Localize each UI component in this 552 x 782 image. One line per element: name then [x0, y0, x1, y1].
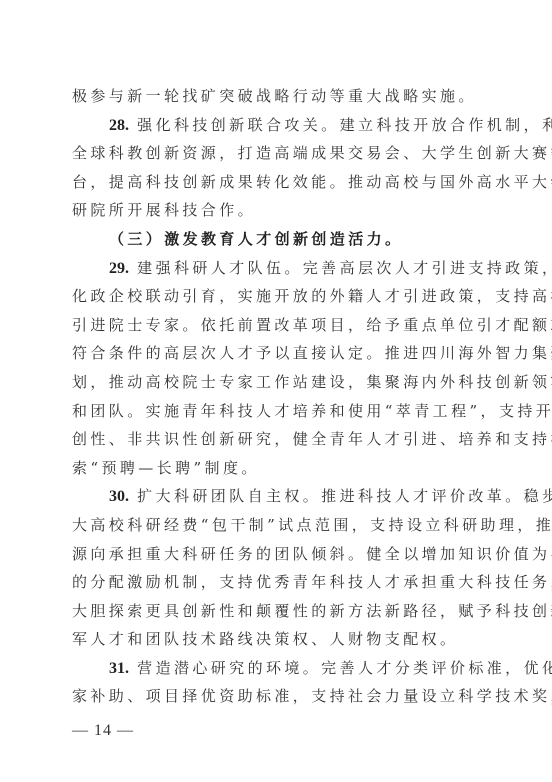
text-line: 极参与新一轮找矿突破战略行动等重大战略实施。: [72, 82, 480, 111]
text-line: 家补助、项目择优资助标准，支持社会力量设立科学技术奖，建立: [72, 682, 480, 711]
text-line: 创性、非共识性创新研究，健全青年人才引进、培养和支持机制，探: [72, 425, 480, 454]
text-line: 大高校科研经费“包干制”试点范围，支持设立科研助理，推动资: [72, 511, 480, 540]
text-line: 的分配激励机制，支持优秀青年科技人才承担重大科技任务，鼓励: [72, 568, 480, 597]
text-line: 和团队。实施青年科技人才培养和使用“萃青工程”，支持开展原: [72, 397, 480, 426]
text-line: 化政企校联动引育，实施开放的外籍人才引进政策，支持高校柔性: [72, 282, 480, 311]
text-line: 台，提高科技创新成果转化效能。推动高校与国外高水平大学、科: [72, 168, 480, 197]
paragraph-28-start: 28. 强化科技创新联合攻关。建立科技开放合作机制，利用: [72, 111, 480, 140]
text-line: 全球科教创新资源，打造高端成果交易会、大学生创新大赛等平: [72, 139, 480, 168]
text-line: 大胆探索更具创新性和颠覆性的新方法新路径，赋予科技创新领: [72, 597, 480, 626]
text-line: 索“预聘—长聘”制度。: [72, 454, 480, 483]
document-body: 极参与新一轮找矿突破战略行动等重大战略实施。 28. 强化科技创新联合攻关。建立…: [72, 82, 480, 711]
text-line: 研院所开展科技合作。: [72, 196, 480, 225]
text-line: 符合条件的高层次人才予以直接认定。推进四川海外智力集聚计: [72, 339, 480, 368]
page-number: — 14 —: [72, 722, 134, 740]
text-line: 源向承担重大科研任务的团队倾斜。健全以增加知识价值为导向: [72, 540, 480, 569]
paragraph-30-start: 30. 扩大科研团队自主权。推进科技人才评价改革。稳步扩: [72, 482, 480, 511]
text-line: 划，推动高校院士专家工作站建设，集聚海内外科技创新领军人才: [72, 368, 480, 397]
item-number: 31.: [109, 660, 129, 677]
section-heading: （三）激发教育人才创新创造活力。: [72, 225, 480, 254]
text-line: 引进院士专家。依托前置改革项目，给予重点单位引才配额或对: [72, 311, 480, 340]
text-line: 军人才和团队技术路线决策权、人财物支配权。: [72, 625, 480, 654]
paragraph-31-start: 31. 营造潜心研究的环境。完善人才分类评价标准，优化安: [72, 654, 480, 683]
paragraph-29-start: 29. 建强科研人才队伍。完善高层次人才引进支持政策，强: [72, 254, 480, 283]
item-number: 30.: [109, 488, 129, 505]
item-number: 28.: [109, 117, 129, 134]
item-number: 29.: [109, 260, 129, 277]
